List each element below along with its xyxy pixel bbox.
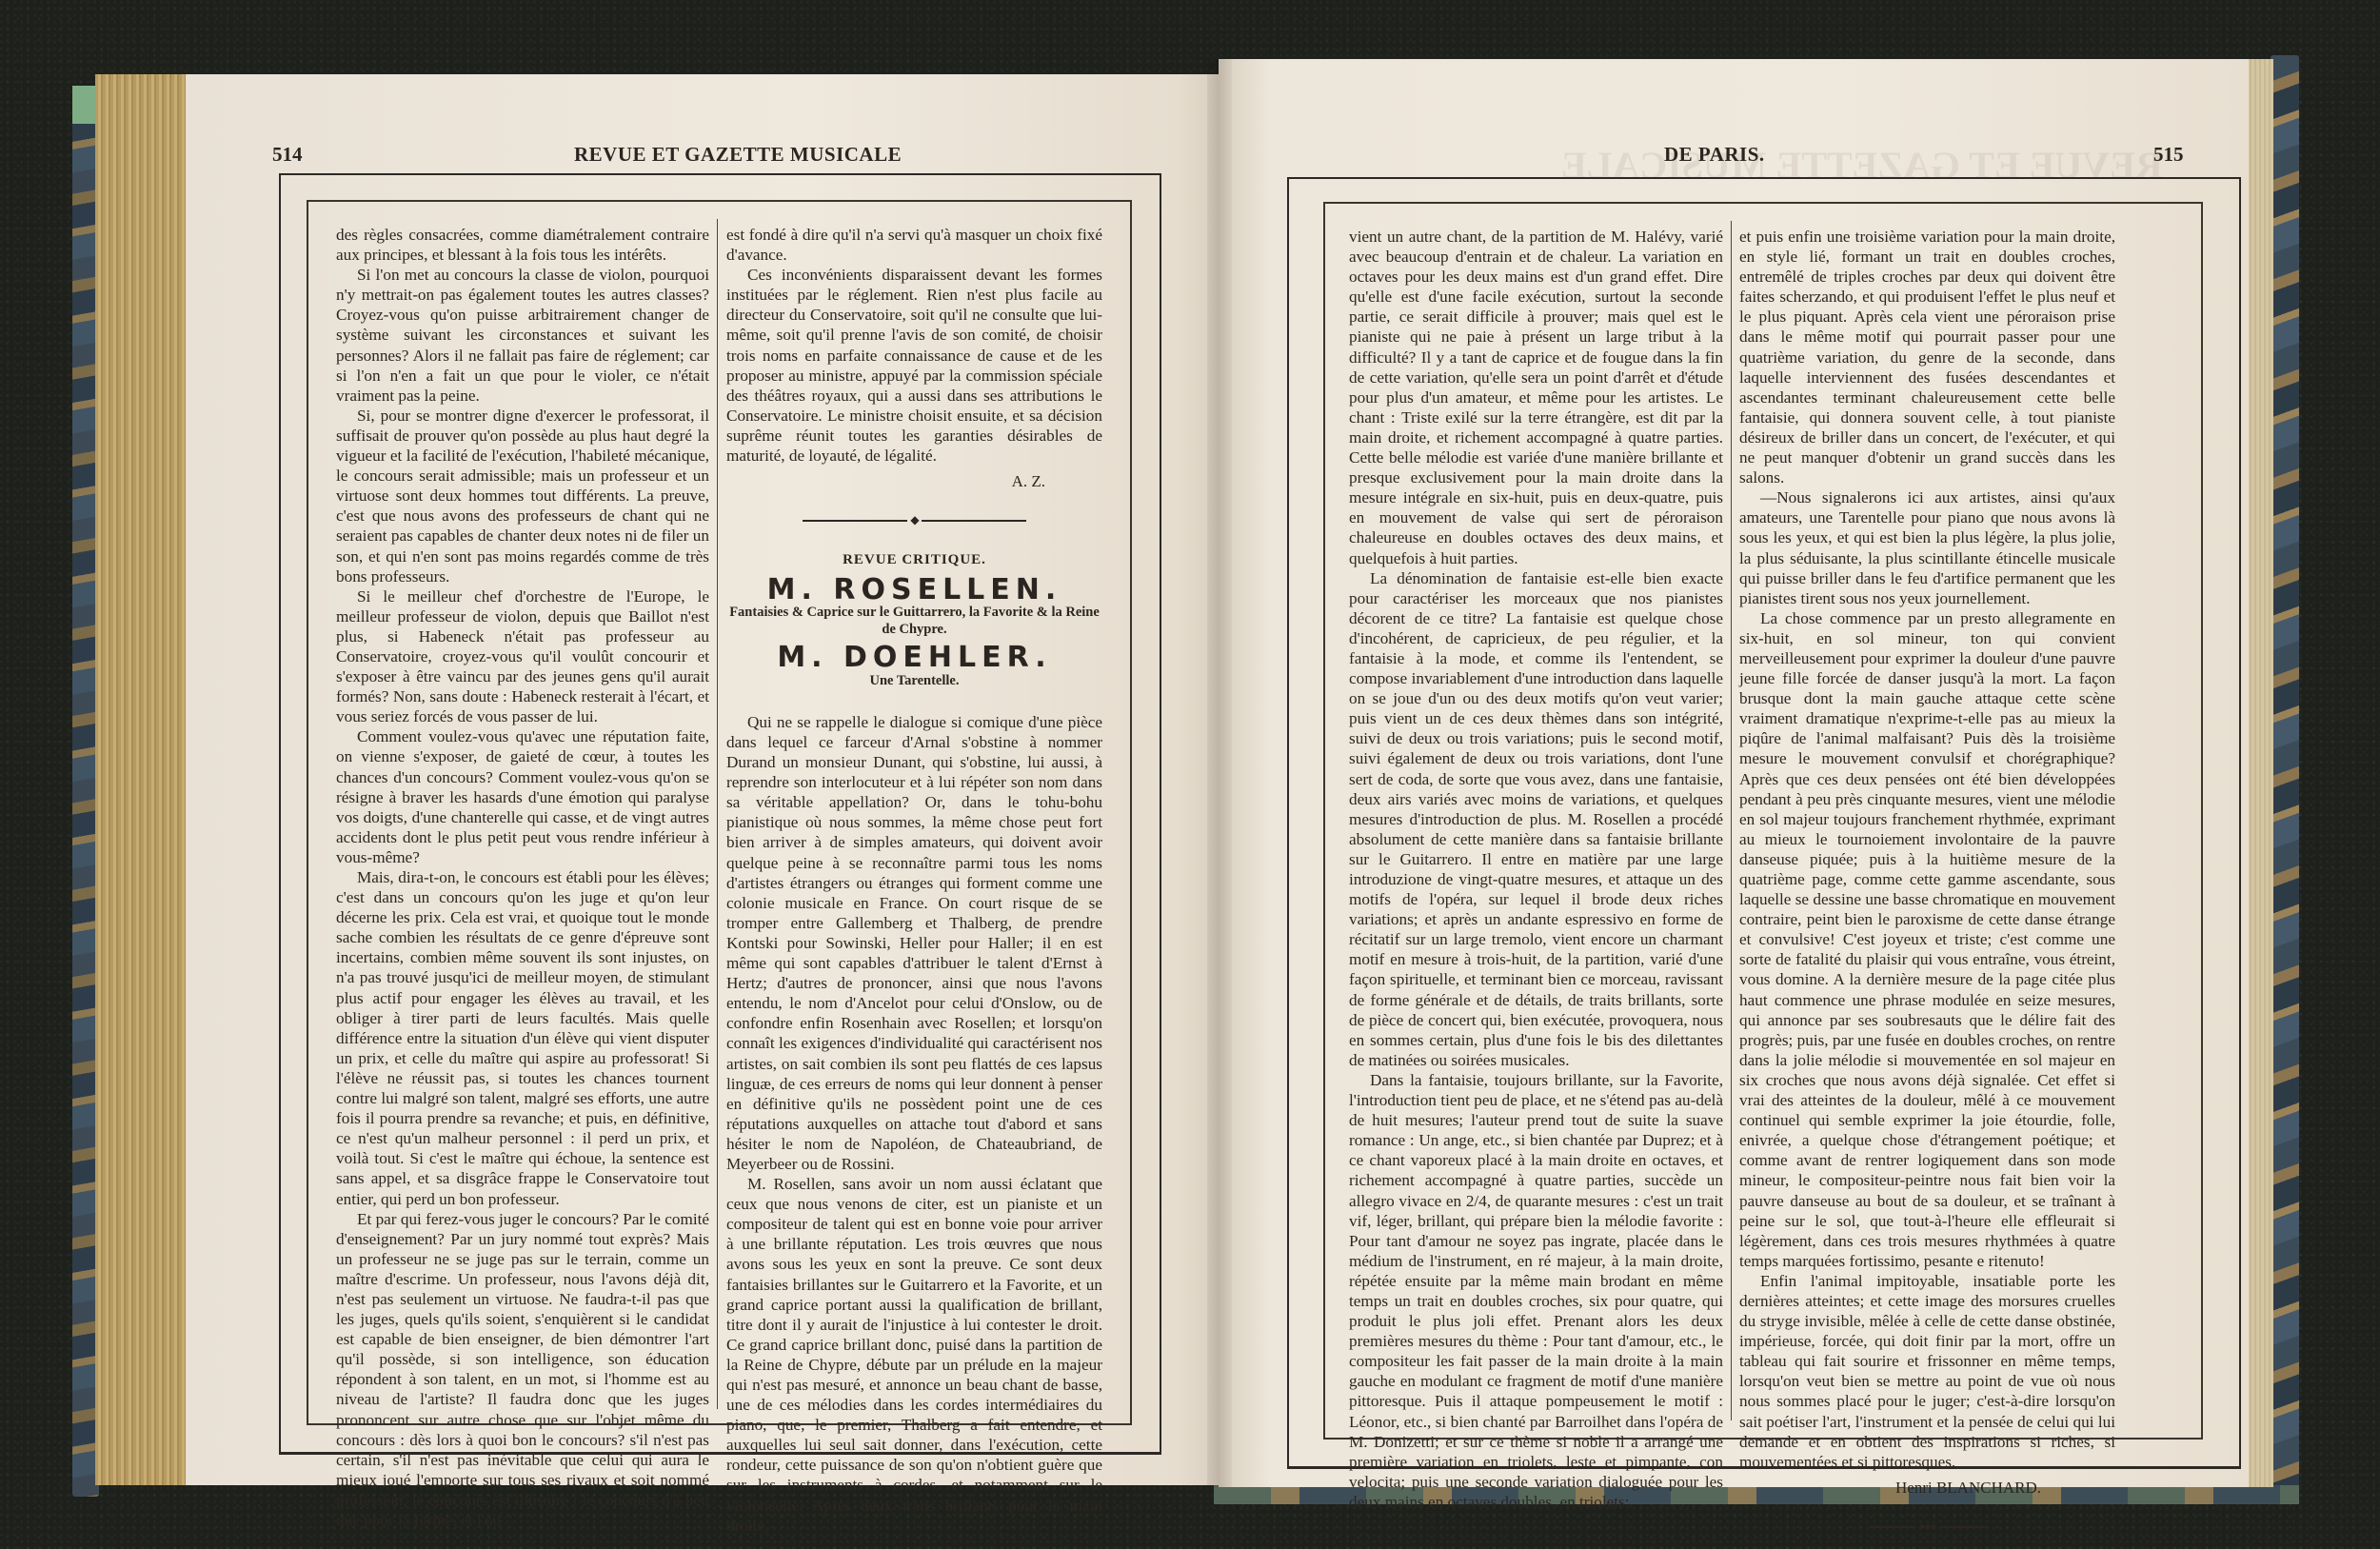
paragraph: Comment voulez-vous qu'avec une réputati… <box>336 726 709 867</box>
page-number-left: 514 <box>272 143 303 167</box>
paragraph: vient un autre chant, de la partition de… <box>1349 227 1723 568</box>
paragraph: Mais, dira-t-on, le concours est établi … <box>336 867 709 1209</box>
ornament-rule <box>1939 1526 1985 1528</box>
paragraph: Si, pour se montrer digne d'exercer le p… <box>336 406 709 586</box>
paragraph: M. Rosellen, sans avoir un nom aussi écl… <box>726 1174 1102 1536</box>
paragraph: Et par qui ferez-vous juger le concours?… <box>336 1209 709 1531</box>
ornament-knot-icon: ●●● <box>1918 1517 1936 1537</box>
column-3: vient un autre chant, de la partition de… <box>1349 227 1723 1512</box>
paragraph: Enfin l'animal impitoyable, insatiable p… <box>1739 1271 2115 1472</box>
cover-corner <box>72 86 97 124</box>
article-signature: A. Z. <box>726 471 1102 491</box>
page-block-right-edge <box>2247 59 2273 1487</box>
end-ornament: ●●● <box>1739 1517 2115 1537</box>
paragraph: —Nous signalerons ici aux artistes, ains… <box>1739 487 2115 608</box>
article-signature: Henri BLANCHARD. <box>1739 1478 2115 1498</box>
gutter <box>1207 59 1232 1487</box>
ornament-rule <box>1870 1526 1915 1528</box>
running-head-left: REVUE ET GAZETTE MUSICALE <box>574 143 902 167</box>
column-separator-left <box>717 219 718 1409</box>
page-block-gilt-edge <box>95 74 186 1485</box>
ornament-knot-icon: ◆ <box>910 510 918 530</box>
column-2: est fondé à dire qu'il n'a servi qu'à ma… <box>726 225 1102 1536</box>
paragraph: La chose commence par un presto allegram… <box>1739 608 2115 1271</box>
paragraph: Dans la fantaisie, toujours brillante, s… <box>1349 1070 1723 1512</box>
section-label: REVUE CRITIQUE. <box>726 550 1102 570</box>
paragraph: Si l'on met au concours la classe de vio… <box>336 265 709 406</box>
paragraph: des règles consacrées, comme diamétralem… <box>336 225 709 265</box>
review-heading-doehler: M. DOEHLER. <box>726 647 1102 667</box>
paragraph: Qui ne se rappelle le dialogue si comiqu… <box>726 712 1102 1174</box>
paragraph: La dénomination de fantaisie est-elle bi… <box>1349 568 1723 1070</box>
review-subheading-rosellen: Fantaisies & Caprice sur le Guittarrero,… <box>726 604 1102 638</box>
page-number-right: 515 <box>2153 143 2184 167</box>
paragraph: Si le meilleur chef d'orchestre de l'Eur… <box>336 586 709 727</box>
paragraph: et puis enfin une troisième variation po… <box>1739 227 2115 487</box>
paragraph: est fondé à dire qu'il n'a servi qu'à ma… <box>726 225 1102 265</box>
column-1: des règles consacrées, comme diamétralem… <box>336 225 709 1530</box>
divider-ornament: ◆ <box>726 510 1102 530</box>
column-4: et puis enfin une troisième variation po… <box>1739 227 2115 1549</box>
running-head-right: DE PARIS. <box>1664 143 1765 167</box>
book-cover-right-edge <box>2271 55 2299 1493</box>
ornament-rule <box>922 520 1026 522</box>
review-subheading-doehler: Une Tarentelle. <box>726 671 1102 691</box>
column-separator-right <box>1731 221 1732 1420</box>
ornament-rule <box>803 520 907 522</box>
paragraph: Ces inconvénients disparaissent devant l… <box>726 265 1102 466</box>
review-heading-rosellen: M. ROSELLEN. <box>726 580 1102 600</box>
